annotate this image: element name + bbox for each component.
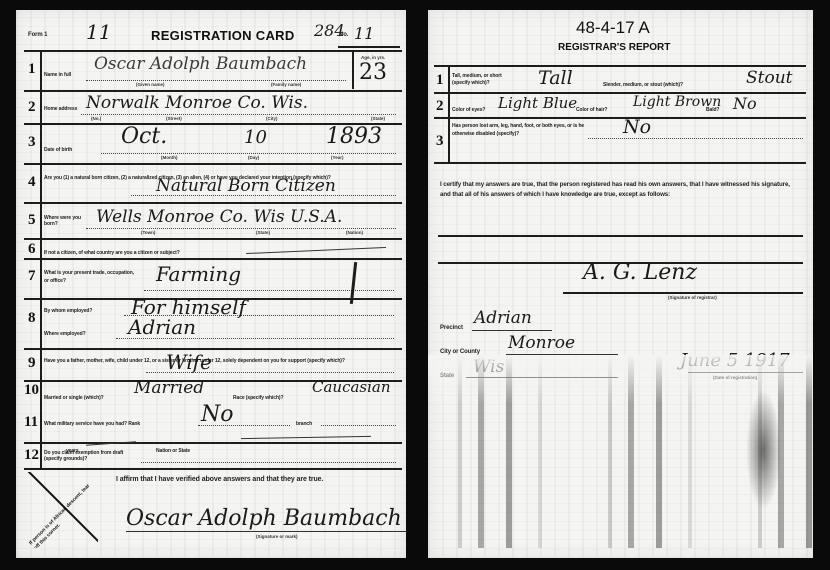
no-label: No. <box>339 32 348 38</box>
birth-month: Oct. <box>121 124 167 149</box>
no-value: 11 <box>354 24 374 43</box>
certification-text: I certify that my answers are true, that… <box>440 180 802 200</box>
build-value: Stout <box>746 68 793 88</box>
birthplace-value: Wells Monroe Co. Wis U.S.A. <box>96 207 342 227</box>
birth-year: 1893 <box>326 124 382 149</box>
county-value: Monroe <box>508 333 575 353</box>
employment-place-value: Adrian <box>128 315 196 339</box>
report-title: REGISTRAR'S REPORT <box>558 42 670 53</box>
registration-card: Form 1 11 REGISTRATION CARD 284 No. 11 1… <box>16 10 406 558</box>
full-name-value: Oscar Adolph Baumbach <box>94 54 307 74</box>
citizenship-value: Natural Born Citizen <box>156 176 336 196</box>
form-label: Form 1 <box>28 32 47 38</box>
home-address-value: Norwalk Monroe Co. Wis. <box>86 93 308 113</box>
birth-day: 10 <box>244 127 267 148</box>
card-title: REGISTRATION CARD <box>151 28 295 43</box>
affirmation-text: I affirm that I have verified above answ… <box>116 476 323 483</box>
disability-value: No <box>623 116 651 138</box>
occupation-value: Farming <box>156 262 241 286</box>
registrar-signature: A. G. Lenz <box>583 260 697 285</box>
tear-off-corner: If person is of African descent, tear of… <box>20 472 98 548</box>
report-stamp: 48-4-17 A <box>576 18 650 38</box>
dependents-value: Wife <box>166 350 212 374</box>
bald-value: No <box>733 94 757 113</box>
registrars-report: 48-4-17 A REGISTRAR'S REPORT 1 Tall, med… <box>428 10 813 558</box>
form-number: 11 <box>86 20 111 44</box>
age-value: 23 <box>359 60 387 85</box>
military-service-value: No <box>201 402 234 427</box>
height-value: Tall <box>538 67 573 89</box>
race-value: Caucasian <box>312 378 391 396</box>
eye-color-value: Light Blue <box>498 94 577 112</box>
marital-status-value: Married <box>134 378 204 398</box>
registrant-signature: Oscar Adolph Baumbach <box>126 506 402 531</box>
precinct-value: Adrian <box>474 308 532 328</box>
